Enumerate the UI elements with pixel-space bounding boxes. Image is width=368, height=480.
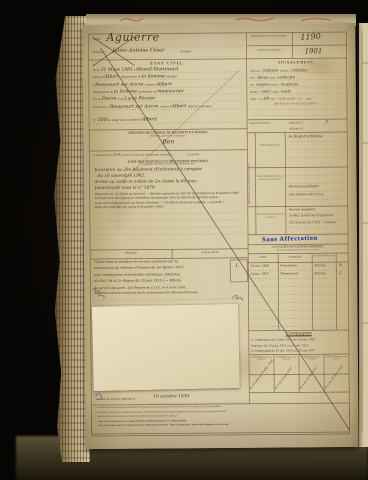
nom-value: Aguierre: [106, 31, 159, 44]
instruction-general-label: générale (1) .: [289, 121, 304, 124]
print-text: Cheveux :: [250, 68, 262, 72]
corps-hand: 25e Section de C.O.A.: [289, 193, 324, 197]
hand-text: Albert: [105, 75, 120, 80]
pasted-blank-slip: [92, 304, 240, 391]
taille-row: Taille : 1 m. 68 cent. — Taille rectifié…: [250, 96, 311, 101]
hand-text: châtains: [262, 67, 278, 72]
prenoms-label: Prénoms :: [93, 51, 106, 55]
surnom-label: Surnom :: [181, 50, 193, 54]
print-text: cent. — Taille rectifiée : 1 m. . . cent…: [270, 97, 312, 100]
instruction-general-value: 3: [325, 120, 328, 125]
corps-hand: Service auxiliaire: [289, 185, 319, 189]
localite-subdiv: Amiens: [314, 272, 325, 276]
adjacent-page-sliver: [357, 23, 368, 447]
print-text: , dépt de la Somme: [186, 104, 211, 108]
campagne-line: C. l'Allemagne du 12 oct. 1915 au 23 jui…: [251, 349, 315, 353]
print-text: fils de: [93, 97, 102, 101]
hand-text: 31 Mars 1881: [101, 68, 133, 73]
print-text: , département de: [119, 75, 142, 79]
hand-text: la Somme: [142, 75, 165, 80]
compris-line: Compris dans la 1re partie de la liste d…: [93, 152, 199, 157]
instruction-militaire-label: militaire (1) .: [289, 127, 304, 130]
campagnes-title: Campagnes: [249, 331, 349, 337]
localite-margin: R: [339, 263, 342, 267]
hand-text: 68: [264, 95, 269, 100]
signalement-row: nez : moyen bouche : moyenne: [250, 82, 299, 87]
periode-header: PÉRIODE d'exercices (territoriale): [299, 356, 323, 361]
signalement-row: yeux : bleus front : ordinaire: [250, 75, 295, 80]
print-text: canton d': [93, 75, 105, 79]
hand-text: Albert: [142, 117, 157, 122]
etat-civil-line: domiciliés à Beaucourt sur Ancre, canton…: [93, 104, 212, 110]
campagne-line: C. l'Allemagne du 2 août 1914 au 12 janv…: [251, 338, 315, 342]
etat-civil-line: Né le 31 Mars 1881 à Mesnil-Martinsart: [93, 67, 179, 73]
print-text: , profession de: [137, 89, 157, 93]
matricule-label: Numéro matricule du recrutement :: [247, 34, 291, 38]
periode-header: PÉRIODE d'exercices (rés. territ.): [324, 355, 348, 360]
signalement-row: menton : rond visage : ovale: [250, 89, 291, 94]
antecedent-line: Classé dans la position de service auxil…: [94, 260, 178, 264]
corps-vertical-label: Indication des corps d'affectation succe…: [248, 134, 256, 234]
col-subdivision: SUBDIVISION de région: [312, 255, 336, 258]
corps-hand: Service auxiliaire: [289, 208, 316, 212]
localite-date: 2 janv. 1913: [250, 273, 268, 277]
corps-row-label: Dans l'armée active.: [256, 143, 284, 146]
localite-subdiv: Amiens: [314, 264, 325, 268]
signalement-row: Cheveux : châtains sourcils : châtains: [250, 68, 308, 73]
col-dates: DATES: [248, 256, 278, 259]
periode-header: 2e PÉRIODE d'exercices (réserve): [274, 356, 298, 361]
corps-hand: 3e Rég. territorial d'infanterie: [289, 214, 333, 218]
signalement-title: SIGNALEMENT.: [247, 60, 347, 65]
hand-text: Mesnil-Martinsart: [136, 67, 178, 72]
libere-value: 10 octobre 1930: [153, 395, 189, 400]
photo-of-register: Nom : Aguierre Prénoms : Julien Antoine …: [0, 0, 368, 480]
print-text: front :: [269, 75, 276, 79]
corps-row-label: Dans la disponibilité ou dans la réserve…: [257, 175, 285, 181]
hand-text: moyenne: [281, 81, 298, 86]
print-text: , canton d': [143, 82, 157, 86]
print-text: domiciliés à: [93, 104, 110, 108]
classe-label: Classe de mobilisation :: [248, 48, 292, 52]
hand-text: bleus: [258, 74, 268, 79]
print-text: bouche :: [270, 82, 280, 86]
hand-text: Albert: [172, 104, 187, 109]
instruction-label: Degré d'instruction :: [249, 121, 285, 125]
corps-row-label: Dans l'armée territoriale et dans sa rés…: [257, 213, 285, 219]
localite-commune: Hénencourt: [280, 272, 298, 276]
antecedent-line: pour emphysème et bronchite chronique. (…: [94, 273, 180, 277]
classe-value: 1901: [305, 47, 323, 55]
hand-text: la Somme: [114, 90, 137, 95]
register-page: Nom : Aguierre Prénoms : Julien Antoine …: [82, 23, 358, 449]
prenoms-value: Julien Antoine César: [113, 48, 165, 54]
localite-margin: 2: [339, 271, 341, 275]
campagne-line: Intérieur du 13 janv. 1915 au 11 oct. 19…: [251, 344, 309, 348]
service-line: Immatriculé sous le n° 5879.: [95, 186, 156, 191]
antecedent-line: du Gal Cdt la 2e Région du 19 juin 1915.…: [94, 279, 181, 283]
hand-text: moyen: [256, 81, 269, 86]
print-text: , canton d': [158, 104, 172, 108]
hand-text: rond: [261, 88, 270, 93]
print-text: du tirage dans le canton d': [107, 118, 142, 122]
hand-text: Lucie Février: [124, 97, 155, 102]
hand-text: Beaucourt sur Ancre: [110, 104, 158, 109]
col-communes: COMMUNES: [278, 256, 312, 259]
libere-label: Libéré du service militaire le: [97, 397, 135, 401]
print-text: , résidant: [165, 75, 177, 79]
service-line: Rayé des contrôles du corps le 8 octobre…: [95, 206, 164, 210]
sans-affectation-stamp: Sans Affectation: [262, 234, 318, 243]
hand-text: manouvrier: [157, 89, 184, 94]
print-text: sourcils :: [280, 68, 291, 72]
localite-date: 14 oct. 1908: [250, 265, 269, 269]
tirage-line: N° 100 du tirage dans le canton d'Albert: [93, 117, 157, 123]
etat-civil-line: fils de Pierre et de Lucie Février: [93, 97, 155, 103]
antecedent-line: au service des gares, 25e Section de C.O…: [94, 286, 186, 290]
print-text: visage :: [271, 89, 280, 93]
etat-civil-line: à Beaucourt sur Ancre, canton d'Albert: [93, 82, 172, 88]
corps-hand: 22e Section de C.O.A. — Amiens: [289, 221, 336, 225]
decision-value: Bon: [89, 138, 247, 146]
hand-text: Pierre: [102, 97, 116, 102]
matricule-value: 1190: [300, 32, 321, 42]
hand-text: Beaucourt sur Ancre: [95, 82, 143, 87]
blessures-header: Blessures: [90, 251, 172, 255]
print-text: Taille : 1 m.: [250, 97, 264, 100]
localite-commune: Franvillers: [280, 264, 297, 268]
print-text: Né le: [93, 68, 101, 72]
etat-civil-line: canton d'Albert, département de la Somme…: [93, 75, 177, 81]
print-text: partie de la liste du recrutement canton…: [120, 152, 199, 157]
hand-text: ordinaire: [277, 74, 295, 79]
print-text: menton :: [250, 89, 260, 93]
print-text: Compris dans la: [93, 153, 113, 157]
hand-text: Albert: [157, 82, 172, 87]
corps-hand: 3e Régt d'artillerie: [288, 134, 322, 138]
etat-civil-line: département de la Somme, profession de m…: [93, 89, 184, 95]
actions-eclat-header: Actions d'éclat: [172, 251, 248, 255]
margin-note: 1.: [235, 264, 239, 269]
print-text: nez :: [250, 82, 256, 86]
adjacent-page-rules: [359, 23, 368, 447]
print-text: yeux :: [250, 75, 257, 79]
hand-text: châtains: [291, 67, 307, 72]
nom-label: Nom :: [92, 37, 101, 41]
antecedent-line: commission de réforme d'Amiens du 1er fé…: [94, 267, 183, 271]
hand-text: ovale: [281, 88, 291, 93]
print-text: département de: [93, 90, 114, 94]
hand-text: 100: [98, 118, 107, 123]
